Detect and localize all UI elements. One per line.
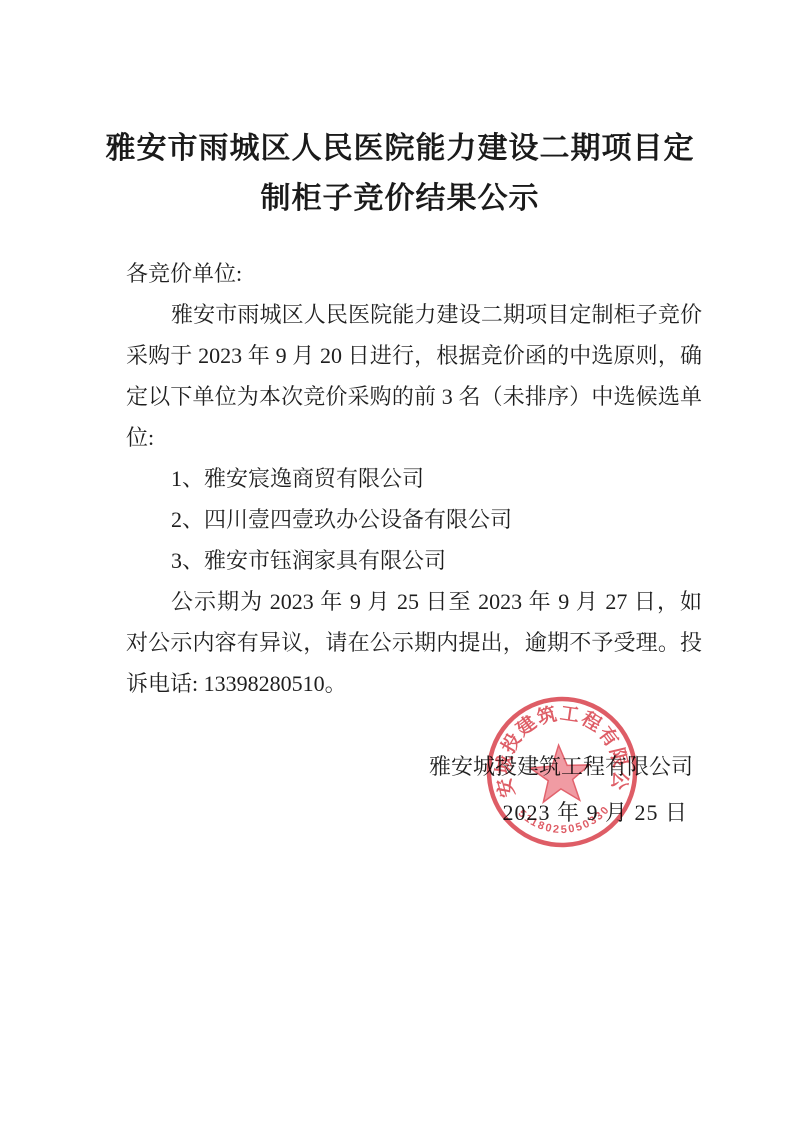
salutation-line: 各竞价单位: <box>126 253 702 294</box>
body-line: 对公示内容有异议，请在公示期内提出，逾期不予受理。投 <box>126 622 702 663</box>
document-body: 各竞价单位: 雅安市雨城区人民医院能力建设二期项目定制柜子竞价 采购于 2023… <box>126 253 702 704</box>
body-line: 位: <box>126 417 702 458</box>
body-line: 采购于 2023 年 9 月 20 日进行，根据竞价函的中选原则，确 <box>126 335 702 376</box>
winner-list-item: 2、四川壹四壹玖办公设备有限公司 <box>126 499 702 540</box>
document-title-line2: 制柜子竞价结果公示 <box>100 174 700 224</box>
svg-text:雅安城投建筑工程有限公司: 雅安城投建筑工程有限公司 <box>457 667 633 802</box>
company-seal: 雅安城投建筑工程有限公司 5118025050330 <box>457 667 667 877</box>
document-page: 雅安市雨城区人民医院能力建设二期项目定 制柜子竞价结果公示 各竞价单位: 雅安市… <box>0 0 800 1131</box>
body-line: 公示期为 2023 年 9 月 25 日至 2023 年 9 月 27 日，如 <box>126 581 702 622</box>
document-title: 雅安市雨城区人民医院能力建设二期项目定 制柜子竞价结果公示 <box>100 124 700 224</box>
body-line: 定以下单位为本次竞价采购的前 3 名（未排序）中选候选单 <box>126 376 702 417</box>
body-line: 雅安市雨城区人民医院能力建设二期项目定制柜子竞价 <box>126 294 702 335</box>
document-title-line1: 雅安市雨城区人民医院能力建设二期项目定 <box>100 124 700 174</box>
winner-list-item: 3、雅安市钰润家具有限公司 <box>126 540 702 581</box>
winner-list-item: 1、雅安宸逸商贸有限公司 <box>126 458 702 499</box>
seal-ring-text: 雅安城投建筑工程有限公司 <box>457 667 633 802</box>
seal-star-icon <box>529 744 591 803</box>
